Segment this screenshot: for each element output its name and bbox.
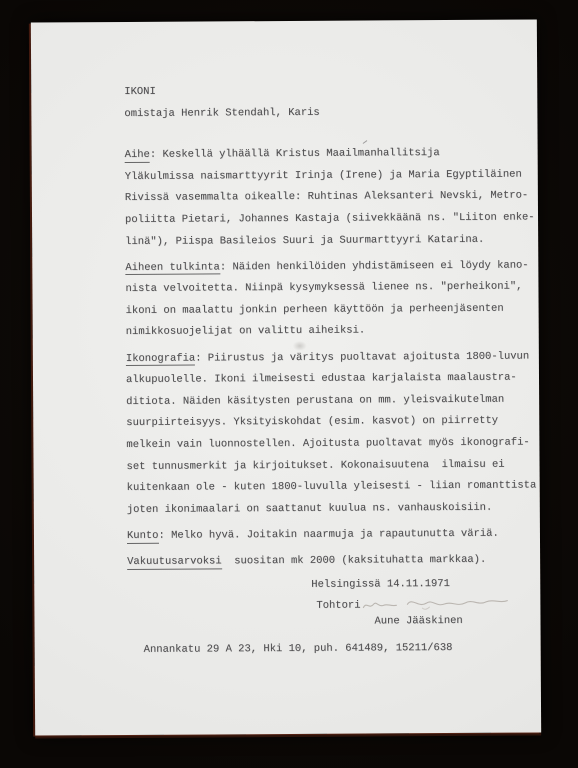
paragraph-kunto: Kunto: Melko hyvä. Joitakin naarmuja ja … (127, 524, 540, 548)
closing-block: Helsingissä 14.11.1971 Tohtori Aune Jääs… (127, 571, 541, 694)
section-heading: Kunto (127, 530, 159, 544)
paragraph-line: nista velvoitetta. Niinpä kysymyksessä l… (125, 277, 538, 301)
paragraph-line: Yläkulmissa naismarttyyrit Irinja (Irene… (125, 164, 538, 188)
paragraph-line: nimikkosuojelijat on valittu aiheiksi. (126, 320, 539, 344)
paragraph-aihe: Aihe: Keskellä ylhäällä Kristus Maailman… (125, 143, 539, 253)
paragraph-line: linä"), Piispa Basileios Suuri ja Suurma… (125, 229, 538, 253)
section-heading: Aiheen tulkinta (125, 261, 220, 275)
typed-signature-name: Aune Jääskinen (374, 614, 462, 630)
section-heading: Aihe (125, 149, 150, 163)
paragraph-text: : Piirustus ja väritys puoltavat ajoitus… (195, 350, 529, 364)
photo-background: { "page": { "background_color": "#0a0705… (0, 0, 578, 768)
paragraph-first-line: Aiheen tulkinta: Näiden henkilöiden yhdi… (125, 255, 538, 279)
paragraph-vakuutusarvo: Vakuutusarvoksi suositan mk 2000 (kaksit… (127, 550, 540, 574)
paragraph-line: kuitenkaan ole - kuten 1800-luvulla ylei… (127, 476, 540, 500)
paragraph-line: poliitta Pietari, Johannes Kastaja (siiv… (125, 207, 538, 231)
document-title: IKONI (124, 79, 537, 103)
paragraph-line: ditiota. Näiden käsitysten perustana on … (126, 389, 539, 413)
owner-line: omistaja Henrik Stendahl, Karis (124, 101, 537, 125)
paragraph-first-line: Ikonografia: Piirustus ja väritys puolta… (126, 346, 539, 370)
paragraph-aiheen-tulkinta: Aiheen tulkinta: Näiden henkilöiden yhdi… (125, 255, 539, 344)
paragraph-line: melkein vain luonnostellen. Ajoitusta pu… (126, 432, 539, 456)
paragraph-line: suurpiirteisyys. Yksityiskohdat (esim. k… (126, 411, 539, 435)
paragraph-line: alkupuolelle. Ikoni ilmeisesti edustaa k… (126, 368, 539, 392)
paragraph-line: set tunnusmerkit ja kirjoitukset. Kokona… (126, 454, 539, 478)
paragraph-line: joten ikonimaalari on saattanut kuulua n… (127, 497, 540, 521)
paragraph-text: suositan mk 2000 (kaksituhatta markkaa). (222, 554, 487, 568)
section-heading: Ikonografia (126, 352, 195, 366)
paragraph-first-line: Vakuutusarvoksi suositan mk 2000 (kaksit… (127, 550, 540, 574)
paragraph-text: : Melko hyvä. Joitakin naarmuja ja rapau… (158, 528, 498, 542)
paragraph-text: : Keskellä ylhäällä Kristus Maailmanhall… (150, 147, 440, 161)
section-heading: Vakuutusarvoksi (127, 556, 222, 570)
paragraph-ikonografia: Ikonografia: Piirustus ja väritys puolta… (126, 346, 540, 521)
paragraph-first-line: Kunto: Melko hyvä. Joitakin naarmuja ja … (127, 524, 540, 548)
signer-title: Tohtori (316, 596, 360, 618)
address-line: Annankatu 29 A 23, Hki 10, puh. 641489, … (144, 638, 453, 661)
paragraph-text: : Näiden henkilöiden yhdistämiseen ei lö… (220, 259, 529, 273)
document-paper: IKONI omistaja Henrik Stendahl, Karis Ai… (31, 19, 541, 735)
typewritten-text-block: IKONI omistaja Henrik Stendahl, Karis Ai… (124, 79, 541, 693)
paragraph-line: Rivissä vasemmalta oikealle: Ruhtinas Al… (125, 186, 538, 210)
paragraph-first-line: Aihe: Keskellä ylhäällä Kristus Maailman… (125, 143, 538, 167)
paragraph-line: ikoni on maalattu jonkin perheen käyttöö… (126, 298, 539, 322)
